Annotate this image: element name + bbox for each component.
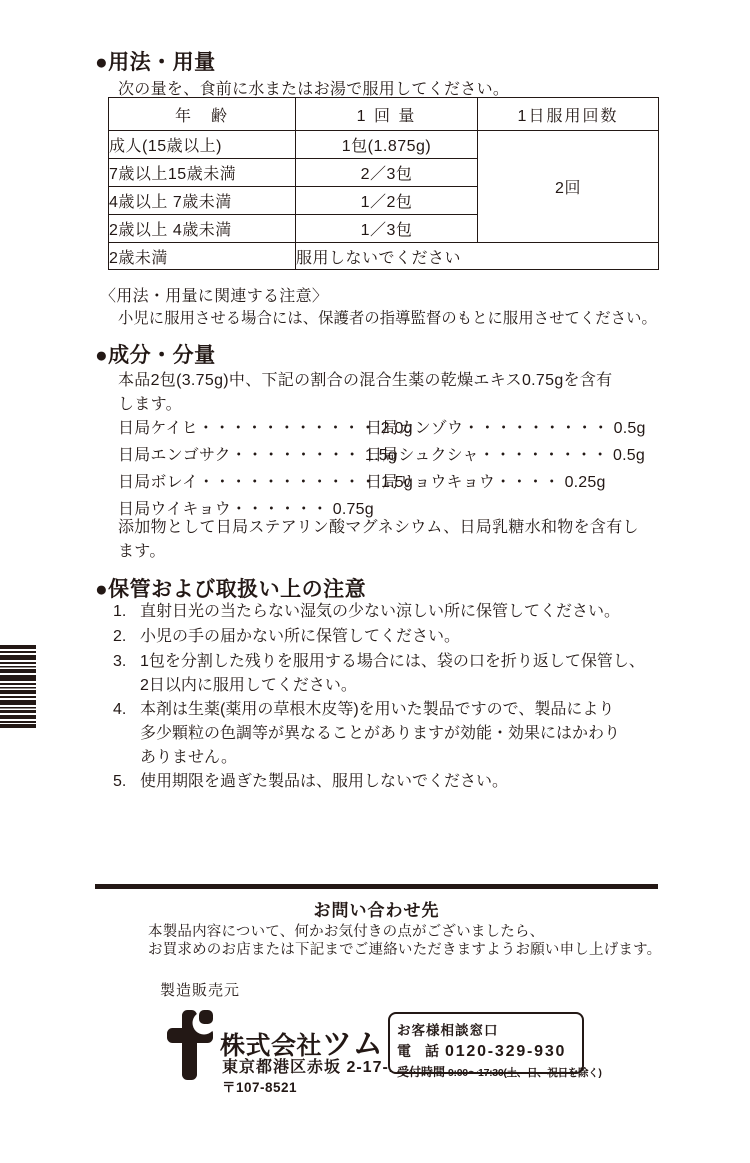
col-header-age: 年 齢 xyxy=(109,98,296,131)
age-cell: 4歳以上 7歳未満 xyxy=(109,187,296,215)
amount-cell: 服用しないでください xyxy=(296,243,659,270)
hours-label: 受付時間 xyxy=(397,1063,445,1080)
item-line: 2日以内に服用してください。 xyxy=(140,674,645,698)
package-insert-page: ●用法・用量 次の量を、食前に水またはお湯で服用してください。 年 齢 1 回 … xyxy=(0,0,750,1163)
age-cell: 2歳未満 xyxy=(109,243,296,270)
contact-line2: お買求めのお店または下記までご連絡いただきますようお願い申し上げます。 xyxy=(148,938,661,959)
storage-section-heading: ●保管および取扱い上の注意 xyxy=(95,573,366,603)
contact-heading: お問い合わせ先 xyxy=(95,896,658,921)
item-line: 1包を分割した残りを服用する場合には、袋の口を折り返して保管し、 xyxy=(140,650,645,674)
storage-item: 3. 1包を分割した残りを服用する場合には、袋の口を折り返して保管し、 2日以内… xyxy=(113,650,645,698)
storage-item: 5. 使用期限を過ぎた製品は、服用しないでください。 xyxy=(113,770,508,794)
dosage-note-heading: 〈用法・用量に関連する注意〉 xyxy=(100,283,328,306)
amount-cell: 1包(1.875g) xyxy=(296,131,478,159)
support-title: お客様相談窓口 xyxy=(397,1019,576,1039)
ingredients-intro-line2: します。 xyxy=(118,391,182,414)
col-header-daily: 1日服用回数 xyxy=(478,98,659,131)
customer-support-box: お客様相談窓口 電 話 0120-329-930 受付時間 9:00〜17:30… xyxy=(388,1012,584,1074)
tsumura-logo-icon xyxy=(167,1010,213,1080)
amount-cell: 2／3包 xyxy=(296,159,478,187)
ingredient-item: 日局シュクシャ・・・・・・・・ 0.5g xyxy=(366,442,645,465)
item-number: 2. xyxy=(113,625,140,649)
ingredients-section-heading: ●成分・分量 xyxy=(95,339,216,369)
item-line: 本剤は生薬(薬用の草根木皮等)を用いた製品ですので、製品により xyxy=(140,698,620,722)
dosage-intro-text: 次の量を、食前に水またはお湯で服用してください。 xyxy=(118,76,509,99)
phone-label: 電 話 xyxy=(397,1041,439,1061)
maker-label: 製造販売元 xyxy=(160,979,240,1000)
additives-line1: 添加物として日局ステアリン酸マグネシウム、日局乳糖水和物を含有し xyxy=(118,514,639,537)
age-cell: 7歳以上15歳未満 xyxy=(109,159,296,187)
table-row: 成人(15歳以上) 1包(1.875g) 2回 xyxy=(109,131,659,159)
ingredients-intro-line1: 本品2包(3.75g)中、下記の割合の混合生薬の乾燥エキス0.75gを含有 xyxy=(118,367,612,390)
support-phone-row: 電 話 0120-329-930 xyxy=(397,1041,576,1061)
item-line: 小児の手の届かない所に保管してください。 xyxy=(140,625,460,649)
item-number: 3. xyxy=(113,650,140,698)
daily-times-cell: 2回 xyxy=(478,131,659,243)
dosage-section-heading: ●用法・用量 xyxy=(95,46,216,76)
ingredient-item: 日局リョウキョウ・・・・ 0.25g xyxy=(366,469,606,492)
ingredient-item: 日局カンゾウ・・・・・・・・・ 0.5g xyxy=(366,415,646,438)
storage-item: 1. 直射日光の当たらない湿気の少ない涼しい所に保管してください。 xyxy=(113,600,620,624)
dosage-table: 年 齢 1 回 量 1日服用回数 成人(15歳以上) 1包(1.875g) 2回… xyxy=(108,97,659,270)
item-number: 4. xyxy=(113,698,140,770)
age-cell: 成人(15歳以上) xyxy=(109,131,296,159)
item-line: 直射日光の当たらない湿気の少ない涼しい所に保管してください。 xyxy=(140,600,620,624)
dosage-table-header-row: 年 齢 1 回 量 1日服用回数 xyxy=(109,98,659,131)
table-row: 2歳未満 服用しないでください xyxy=(109,243,659,270)
hours-value: 9:00〜17:30(土、日、祝日を除く) xyxy=(448,1065,602,1080)
storage-item: 2. 小児の手の届かない所に保管してください。 xyxy=(113,625,460,649)
col-header-amount: 1 回 量 xyxy=(296,98,478,131)
barcode xyxy=(0,645,36,728)
company-postal-code: 〒107-8521 xyxy=(222,1076,297,1096)
storage-item: 4. 本剤は生薬(薬用の草根木皮等)を用いた製品ですので、製品により 多少顆粒の… xyxy=(113,698,620,770)
divider-rule xyxy=(95,884,658,889)
ingredient-item: 日局エンゴサク・・・・・・・・ 1.5g xyxy=(118,442,397,465)
phone-number: 0120-329-930 xyxy=(445,1043,566,1061)
item-line: 使用期限を過ぎた製品は、服用しないでください。 xyxy=(140,770,508,794)
item-number: 5. xyxy=(113,770,140,794)
item-line: 多少顆粒の色調等が異なることがありますが効能・効果にはかわり xyxy=(140,722,620,746)
age-cell: 2歳以上 4歳未満 xyxy=(109,215,296,243)
support-hours-row: 受付時間 9:00〜17:30(土、日、祝日を除く) xyxy=(397,1063,576,1080)
item-line: ありません。 xyxy=(140,746,620,770)
item-number: 1. xyxy=(113,600,140,624)
amount-cell: 1／3包 xyxy=(296,215,478,243)
amount-cell: 1／2包 xyxy=(296,187,478,215)
additives-line2: ます。 xyxy=(118,538,166,561)
company-address: 東京都港区赤坂 2-17-11 xyxy=(222,1054,408,1077)
dosage-note-text: 小児に服用させる場合には、保護者の指導監督のもとに服用させてください。 xyxy=(118,306,657,328)
